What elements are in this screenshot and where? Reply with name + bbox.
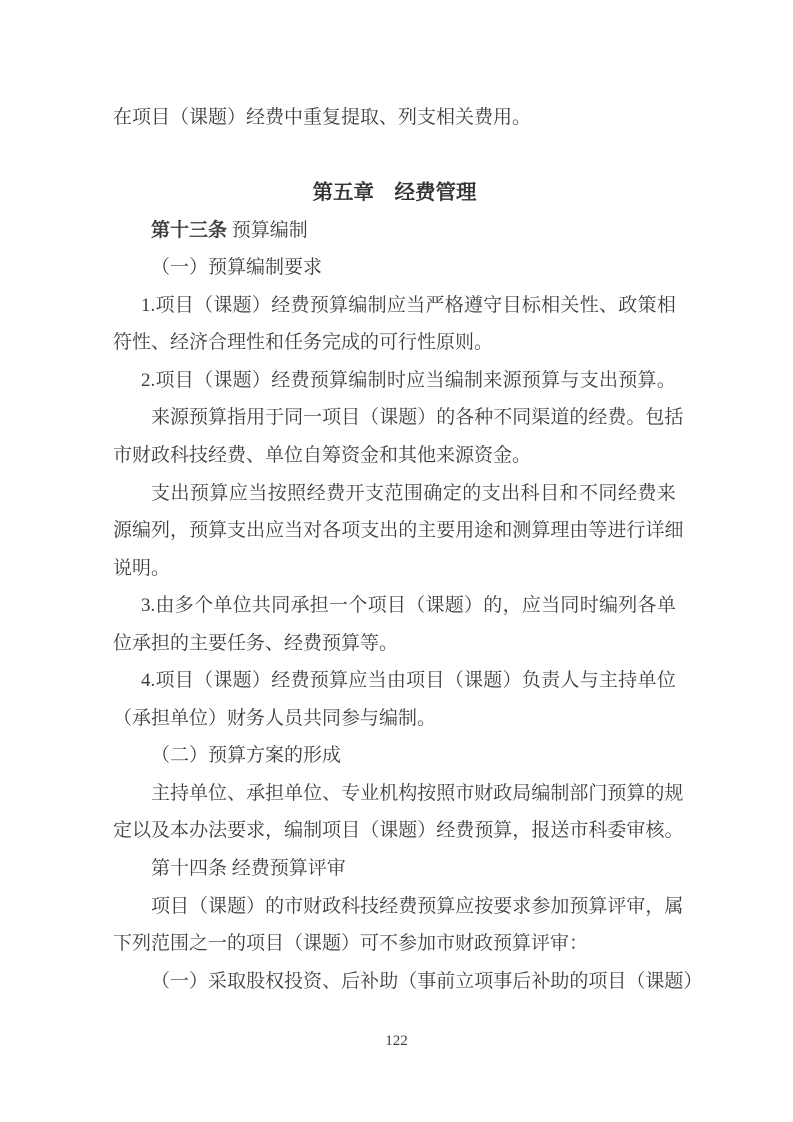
text-segment: 业: [360, 780, 379, 810]
text-segment: 在项目（课题）经费中重复提取、列支相关费用。: [113, 107, 531, 128]
text-segment: （: [445, 667, 464, 697]
text-segment: 列: [151, 517, 170, 547]
text-segment: 主: [417, 517, 436, 547]
text-segment: 。: [626, 404, 645, 434]
text-segment: 技: [360, 893, 379, 923]
text-segment: 课: [379, 817, 398, 847]
text-segment: 科: [341, 893, 360, 923]
text-segment: 单: [213, 592, 232, 622]
text-segment: 目: [175, 367, 194, 397]
text-segment: 。: [664, 817, 683, 847]
text-segment: 费: [290, 667, 309, 697]
text-segment: 目: [387, 592, 406, 622]
list-item-2-heading: （二）预算方案的形成: [151, 742, 676, 772]
text-segment: 应: [348, 667, 367, 697]
text-segment: 支: [482, 480, 501, 510]
text-segment: 承: [290, 592, 309, 622]
body-line: 2.项目（课题）经费预算编制时应当编制来源预算与支出预算。: [141, 367, 676, 397]
text-segment: （: [360, 404, 379, 434]
text-segment: 位: [208, 780, 227, 810]
text-segment: 时: [580, 592, 599, 622]
text-segment: 规: [664, 780, 683, 810]
document-page: 在项目（课题）经费中重复提取、列支相关费用。第五章 经费管理第十三条 预算编制（…: [0, 0, 793, 1122]
text-segment: 位承担的主要任务、经费预算等。: [113, 633, 398, 654]
text-segment: 当: [284, 517, 303, 547]
text-segment: 编: [531, 780, 550, 810]
body-line: 符性、经济合理性和任务完成的可行性原则。: [113, 329, 676, 359]
text-segment: 按: [474, 893, 493, 923]
text-segment: 按: [417, 780, 436, 810]
text-segment: 项: [368, 592, 387, 622]
text-segment: 题: [398, 404, 417, 434]
text-segment: 同: [284, 404, 303, 434]
text-segment: 预: [310, 292, 329, 322]
text-segment: 课: [213, 367, 232, 397]
text-segment: 预: [569, 893, 588, 923]
text-segment: 括: [664, 404, 683, 434]
text-segment: 第五章 经费管理: [313, 182, 477, 204]
text-segment: ）: [683, 968, 702, 998]
list-item: （一）采取股权投资、后补助（事前立项事后补助的项目（课题）: [151, 968, 676, 998]
text-segment: 列: [618, 592, 637, 622]
text-segment: ）: [417, 404, 436, 434]
text-segment: 当: [541, 592, 560, 622]
text-segment: 题: [233, 292, 252, 322]
text-segment: 单: [284, 780, 303, 810]
text-segment: 应: [387, 292, 406, 322]
text-segment: 位: [233, 592, 252, 622]
text-segment: 的: [569, 968, 588, 998]
text-segment: 助: [379, 968, 398, 998]
text-segment: 出: [599, 367, 618, 397]
text-segment: 算: [626, 780, 645, 810]
text-segment: 科: [588, 817, 607, 847]
text-segment: 以: [132, 817, 151, 847]
text-segment: 要: [436, 517, 455, 547]
text-segment: 算: [588, 893, 607, 923]
text-segment: 来: [483, 367, 502, 397]
text-segment: （一）预算编制要求: [151, 257, 322, 278]
text-segment: 制: [550, 780, 569, 810]
text-segment: 出: [170, 480, 189, 510]
text-segment: ）: [503, 667, 522, 697]
text-segment: 照: [436, 780, 455, 810]
text-segment: 等: [588, 517, 607, 547]
text-segment: 担: [265, 780, 284, 810]
text-segment: 的: [265, 893, 284, 923]
text-segment: 责: [541, 667, 560, 697]
text-segment: 目: [341, 404, 360, 434]
text-segment: 制: [368, 292, 387, 322]
text-segment: 2.: [141, 367, 155, 397]
text-segment: 目: [341, 817, 360, 847]
text-segment: 来: [657, 480, 676, 510]
text-segment: （: [406, 592, 425, 622]
text-segment: 算: [638, 367, 657, 397]
text-segment: 预: [607, 780, 626, 810]
text-segment: ，: [645, 893, 664, 923]
body-line: 源编列，预算支出应当对各项支出的主要用途和测算理由等进行详细: [113, 517, 676, 547]
text-segment: 和: [560, 480, 579, 510]
article-14-heading: 第十四条 经费预算评审: [151, 855, 676, 885]
blank-line: [113, 142, 676, 172]
text-segment: 项: [156, 292, 175, 322]
text-segment: 预: [189, 517, 208, 547]
text-segment: 报: [531, 817, 550, 847]
text-segment: （: [194, 667, 213, 697]
text-segment: 预: [522, 367, 541, 397]
text-segment: 当: [425, 367, 444, 397]
text-segment: 核: [645, 817, 664, 847]
text-segment: 费: [290, 367, 309, 397]
text-segment: ）: [189, 968, 208, 998]
text-segment: 费: [607, 404, 626, 434]
text-segment: 算: [531, 517, 550, 547]
text-segment: 单: [657, 592, 676, 622]
text-segment: 多: [175, 592, 194, 622]
text-segment: 对: [303, 517, 322, 547]
text-segment: 单: [638, 667, 657, 697]
text-segment: 途: [474, 517, 493, 547]
page-number: 122: [0, 1033, 793, 1050]
paragraph-continuation-line: 在项目（课题）经费中重复提取、列支相关费用。: [113, 104, 676, 134]
text-segment: 经: [271, 292, 290, 322]
text-segment: 题: [445, 592, 464, 622]
text-segment: 担: [310, 592, 329, 622]
text-segment: 同: [512, 404, 531, 434]
text-segment: 由: [387, 667, 406, 697]
text-segment: 投: [284, 968, 303, 998]
text-segment: 算: [209, 480, 228, 510]
text-segment: 求: [246, 817, 265, 847]
text-segment: 的: [462, 480, 481, 510]
text-segment: 编: [284, 817, 303, 847]
text-segment: 机: [379, 780, 398, 810]
text-segment: （: [151, 968, 170, 998]
text-segment: 预: [190, 480, 209, 510]
text-segment: 、: [322, 968, 341, 998]
text-segment: 题: [664, 968, 683, 998]
text-segment: 、: [322, 780, 341, 810]
text-segment: 编: [348, 292, 367, 322]
text-segment: 后: [512, 968, 531, 998]
text-segment: 目: [175, 667, 194, 697]
text-segment: 预: [189, 404, 208, 434]
text-segment: 主: [599, 667, 618, 697]
document-body: 在项目（课题）经费中重复提取、列支相关费用。第五章 经费管理第十三条 预算编制（…: [0, 0, 793, 1122]
text-segment: （: [194, 292, 213, 322]
text-segment: 种: [474, 404, 493, 434]
text-segment: 制: [303, 817, 322, 847]
text-segment: 预: [474, 817, 493, 847]
text-segment: 费: [637, 480, 656, 510]
text-segment: 符性、经济合理性和任务完成的可行性原则。: [113, 332, 493, 353]
text-segment: 相: [541, 292, 560, 322]
text-segment: 题: [483, 667, 502, 697]
text-segment: 。: [657, 367, 676, 397]
text-segment: 支: [365, 480, 384, 510]
text-segment: 费: [455, 817, 474, 847]
text-segment: 法: [208, 817, 227, 847]
text-segment: 3.: [141, 592, 155, 622]
text-segment: 不: [579, 480, 598, 510]
text-segment: 行: [626, 517, 645, 547]
text-segment: 审: [626, 817, 645, 847]
text-segment: 源: [170, 404, 189, 434]
text-segment: 算: [329, 667, 348, 697]
text-segment: 专: [341, 780, 360, 810]
text-segment: 权: [265, 968, 284, 998]
text-segment: 算: [208, 404, 227, 434]
text-segment: 由: [569, 517, 588, 547]
text-segment: 一: [170, 968, 189, 998]
text-segment: 项: [151, 893, 170, 923]
text-segment: 人: [560, 667, 579, 697]
text-segment: 课: [208, 893, 227, 923]
text-segment: 主: [151, 780, 170, 810]
text-segment: 经: [271, 367, 290, 397]
text-segment: 由: [156, 592, 175, 622]
text-segment: 编: [599, 592, 618, 622]
text-segment: 的: [569, 404, 588, 434]
text-segment: 指: [227, 404, 246, 434]
text-segment: 详: [645, 517, 664, 547]
text-segment: 格: [445, 292, 464, 322]
text-segment: 一: [303, 404, 322, 434]
text-segment: 题: [233, 667, 252, 697]
body-line: 说明。: [113, 555, 676, 585]
text-segment: ，: [512, 817, 531, 847]
text-segment: ，: [503, 592, 522, 622]
text-segment: 照: [287, 480, 306, 510]
text-segment: 不: [493, 404, 512, 434]
text-segment: 市: [284, 893, 303, 923]
text-segment: 加: [550, 893, 569, 923]
text-segment: 于: [265, 404, 284, 434]
text-segment: 立: [455, 968, 474, 998]
text-segment: ）: [417, 817, 436, 847]
text-segment: 财: [474, 780, 493, 810]
text-segment: 预: [417, 893, 436, 923]
text-segment: 理: [550, 517, 569, 547]
text-segment: 同: [560, 592, 579, 622]
text-segment: （: [194, 367, 213, 397]
text-segment: 第十四条 经费预算评审: [151, 858, 346, 879]
text-segment: 算: [208, 517, 227, 547]
text-segment: 个: [348, 592, 367, 622]
text-segment: 位: [657, 667, 676, 697]
text-segment: 承: [246, 780, 265, 810]
text-segment: 预: [310, 367, 329, 397]
text-segment: 持: [170, 780, 189, 810]
text-segment: 支: [227, 517, 246, 547]
text-segment: （: [360, 817, 379, 847]
text-segment: 出: [379, 517, 398, 547]
text-segment: 经: [436, 817, 455, 847]
text-segment: 确: [423, 480, 442, 510]
text-segment: 项: [322, 404, 341, 434]
body-line: 定以及本办法要求，编制项目（课题）经费预算，报送市科委审核。: [113, 817, 676, 847]
text-segment: 项: [588, 968, 607, 998]
text-segment: 应: [265, 517, 284, 547]
text-segment: 课: [425, 592, 444, 622]
text-segment: 要: [227, 817, 246, 847]
text-segment: 1.: [141, 292, 155, 322]
text-segment: 构: [398, 780, 417, 810]
body-line: （承担单位）财务人员共同参与编制。: [113, 705, 676, 735]
text-segment: 预算编制: [227, 220, 308, 241]
text-segment: 门: [588, 780, 607, 810]
text-segment: ）: [246, 893, 265, 923]
text-segment: ）: [464, 592, 483, 622]
text-segment: 财: [303, 893, 322, 923]
text-segment: 项: [156, 667, 175, 697]
text-segment: 道: [550, 404, 569, 434]
text-segment: 遵: [464, 292, 483, 322]
text-segment: 应: [229, 480, 248, 510]
text-segment: 算: [329, 292, 348, 322]
text-segment: 课: [464, 667, 483, 697]
text-segment: 求: [512, 893, 531, 923]
text-segment: 编: [132, 517, 151, 547]
text-segment: 项: [341, 517, 360, 547]
text-segment: 算: [541, 367, 560, 397]
text-segment: 持: [618, 667, 637, 697]
chapter-heading: 第五章 经费管理: [113, 179, 676, 209]
text-segment: （承担单位）财务人员共同参与编制。: [113, 708, 436, 729]
text-segment: 、: [227, 780, 246, 810]
text-segment: ）: [252, 367, 271, 397]
text-segment: 课: [213, 667, 232, 697]
text-segment: 性: [580, 292, 599, 322]
text-segment: 各: [322, 517, 341, 547]
text-segment: 算: [436, 893, 455, 923]
text-segment: 位: [303, 780, 322, 810]
article-13-heading: 第十三条 预算编制: [151, 217, 676, 247]
text-segment: 的: [398, 517, 417, 547]
body-line: 1.项目（课题）经费预算编制应当严格遵守目标相关性、政策相: [141, 292, 676, 322]
text-segment: 费: [326, 480, 345, 510]
text-segment: 编: [348, 367, 367, 397]
text-segment: 守: [483, 292, 502, 322]
text-segment: 支: [360, 517, 379, 547]
text-segment: 当: [368, 667, 387, 697]
text-segment: 事: [493, 968, 512, 998]
text-segment: 政: [493, 780, 512, 810]
text-segment: 项: [322, 817, 341, 847]
text-segment: 同: [271, 592, 290, 622]
body-line: 支出预算应当按照经费开支范围确定的支出科目和不同经费来: [151, 480, 676, 510]
text-segment: 经: [379, 893, 398, 923]
text-segment: 、: [599, 292, 618, 322]
text-segment: 课: [213, 292, 232, 322]
text-segment: 参: [531, 893, 550, 923]
text-segment: 前: [436, 968, 455, 998]
text-segment: 目: [425, 667, 444, 697]
text-segment: 本: [170, 817, 189, 847]
text-segment: 开: [346, 480, 365, 510]
text-segment: 后: [341, 968, 360, 998]
text-segment: 目: [540, 480, 559, 510]
text-segment: 市: [455, 780, 474, 810]
text-segment: 定: [113, 817, 132, 847]
text-segment: 同: [598, 480, 617, 510]
text-segment: 股: [246, 968, 265, 998]
text-segment: 政: [618, 292, 637, 322]
text-segment: 部: [569, 780, 588, 810]
text-segment: 局: [512, 780, 531, 810]
text-segment: 来: [151, 404, 170, 434]
text-segment: 经: [588, 404, 607, 434]
text-segment: 定: [443, 480, 462, 510]
text-segment: 支: [580, 367, 599, 397]
text-segment: 4.: [141, 667, 155, 697]
text-segment: 策: [638, 292, 657, 322]
text-segment: ）: [252, 292, 271, 322]
text-segment: 各: [455, 404, 474, 434]
text-segment: 围: [404, 480, 423, 510]
text-segment: 委: [607, 817, 626, 847]
list-item-1-heading: （一）预算编制要求: [151, 254, 676, 284]
text-segment: 制: [464, 367, 483, 397]
text-segment: 费: [290, 292, 309, 322]
text-segment: ，: [170, 517, 189, 547]
text-segment: 细: [664, 517, 683, 547]
text-segment: 一: [329, 592, 348, 622]
text-segment: 经: [307, 480, 326, 510]
body-line: 下列范围之一的项目（课题）可不参加市财政预算评审：: [113, 930, 676, 960]
text-segment: 渠: [531, 404, 550, 434]
text-segment: 相: [657, 292, 676, 322]
text-segment: 课: [645, 968, 664, 998]
body-line: 4.项目（课题）经费预算应当由项目（课题）负责人与主持单位: [141, 667, 676, 697]
text-segment: 共: [252, 592, 271, 622]
text-segment: 用: [455, 517, 474, 547]
text-segment: 取: [227, 968, 246, 998]
text-segment: 补: [360, 968, 379, 998]
text-segment: ）: [252, 667, 271, 697]
text-segment: 项: [474, 968, 493, 998]
text-segment: 目: [503, 292, 522, 322]
text-segment: 应: [406, 367, 425, 397]
text-segment: 送: [550, 817, 569, 847]
text-segment: 测: [512, 517, 531, 547]
text-segment: 政: [322, 893, 341, 923]
text-segment: （二）预算方案的形成: [151, 745, 341, 766]
text-segment: （: [626, 968, 645, 998]
body-line: 主持单位、承担单位、专业机构按照市财政局编制部门预算的规: [151, 780, 676, 810]
text-segment: 资: [303, 968, 322, 998]
text-segment: 目: [175, 292, 194, 322]
text-segment: 经: [618, 480, 637, 510]
text-segment: 补: [531, 968, 550, 998]
text-segment: 应: [455, 893, 474, 923]
text-segment: 与: [560, 367, 579, 397]
text-segment: 第十三条: [151, 220, 227, 241]
text-segment: 包: [645, 404, 664, 434]
text-segment: 采: [208, 968, 227, 998]
text-segment: 预: [618, 367, 637, 397]
text-segment: 个: [194, 592, 213, 622]
text-segment: 审: [626, 893, 645, 923]
text-segment: 算: [493, 817, 512, 847]
text-segment: 出: [501, 480, 520, 510]
text-segment: 时: [387, 367, 406, 397]
text-segment: 要: [493, 893, 512, 923]
text-segment: 进: [607, 517, 626, 547]
text-segment: ，: [265, 817, 284, 847]
text-segment: 制: [368, 367, 387, 397]
